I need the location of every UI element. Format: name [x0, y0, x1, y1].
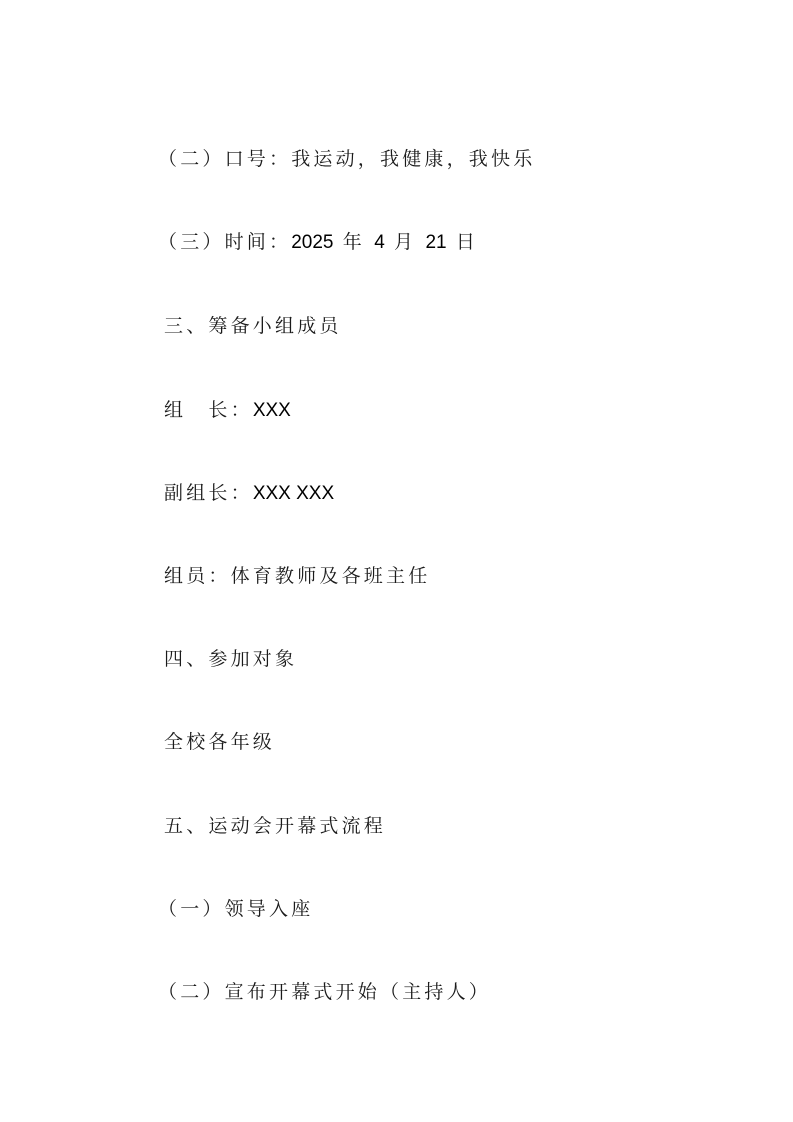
section-heading-opening-ceremony: 五、运动会开幕式流程 [164, 814, 386, 838]
leader-line: 组 长：XXX [164, 398, 291, 423]
leader-value: XXX [253, 400, 291, 421]
date-year-unit: 年 [343, 231, 365, 253]
leader-label: 组 长： [164, 399, 253, 421]
date-year: 2025 [291, 232, 333, 253]
deputy-leader-line: 副组长：XXX XXX [164, 481, 334, 506]
date-label: （三）时间： [158, 231, 291, 253]
document-page: （二）口号：我运动，我健康，我快乐 （三）时间：2025 年 4 月 21 日 … [0, 0, 793, 1122]
date-line: （三）时间：2025 年 4 月 21 日 [158, 230, 478, 255]
ceremony-step-1: （一）领导入座 [158, 897, 313, 921]
date-day-unit: 日 [456, 231, 478, 253]
date-month: 4 [374, 232, 385, 253]
participants-line: 全校各年级 [164, 730, 275, 754]
deputy-leader-label: 副组长： [164, 482, 253, 504]
date-day: 21 [425, 232, 446, 253]
section-heading-participants: 四、参加对象 [164, 647, 297, 671]
deputy-leader-value: XXX XXX [253, 483, 334, 504]
section-heading-committee: 三、筹备小组成员 [164, 314, 342, 338]
members-line: 组员：体育教师及各班主任 [164, 564, 430, 588]
slogan-line: （二）口号：我运动，我健康，我快乐 [158, 147, 535, 171]
date-month-unit: 月 [394, 231, 416, 253]
ceremony-step-2: （二）宣布开幕式开始（主持人） [158, 980, 491, 1004]
